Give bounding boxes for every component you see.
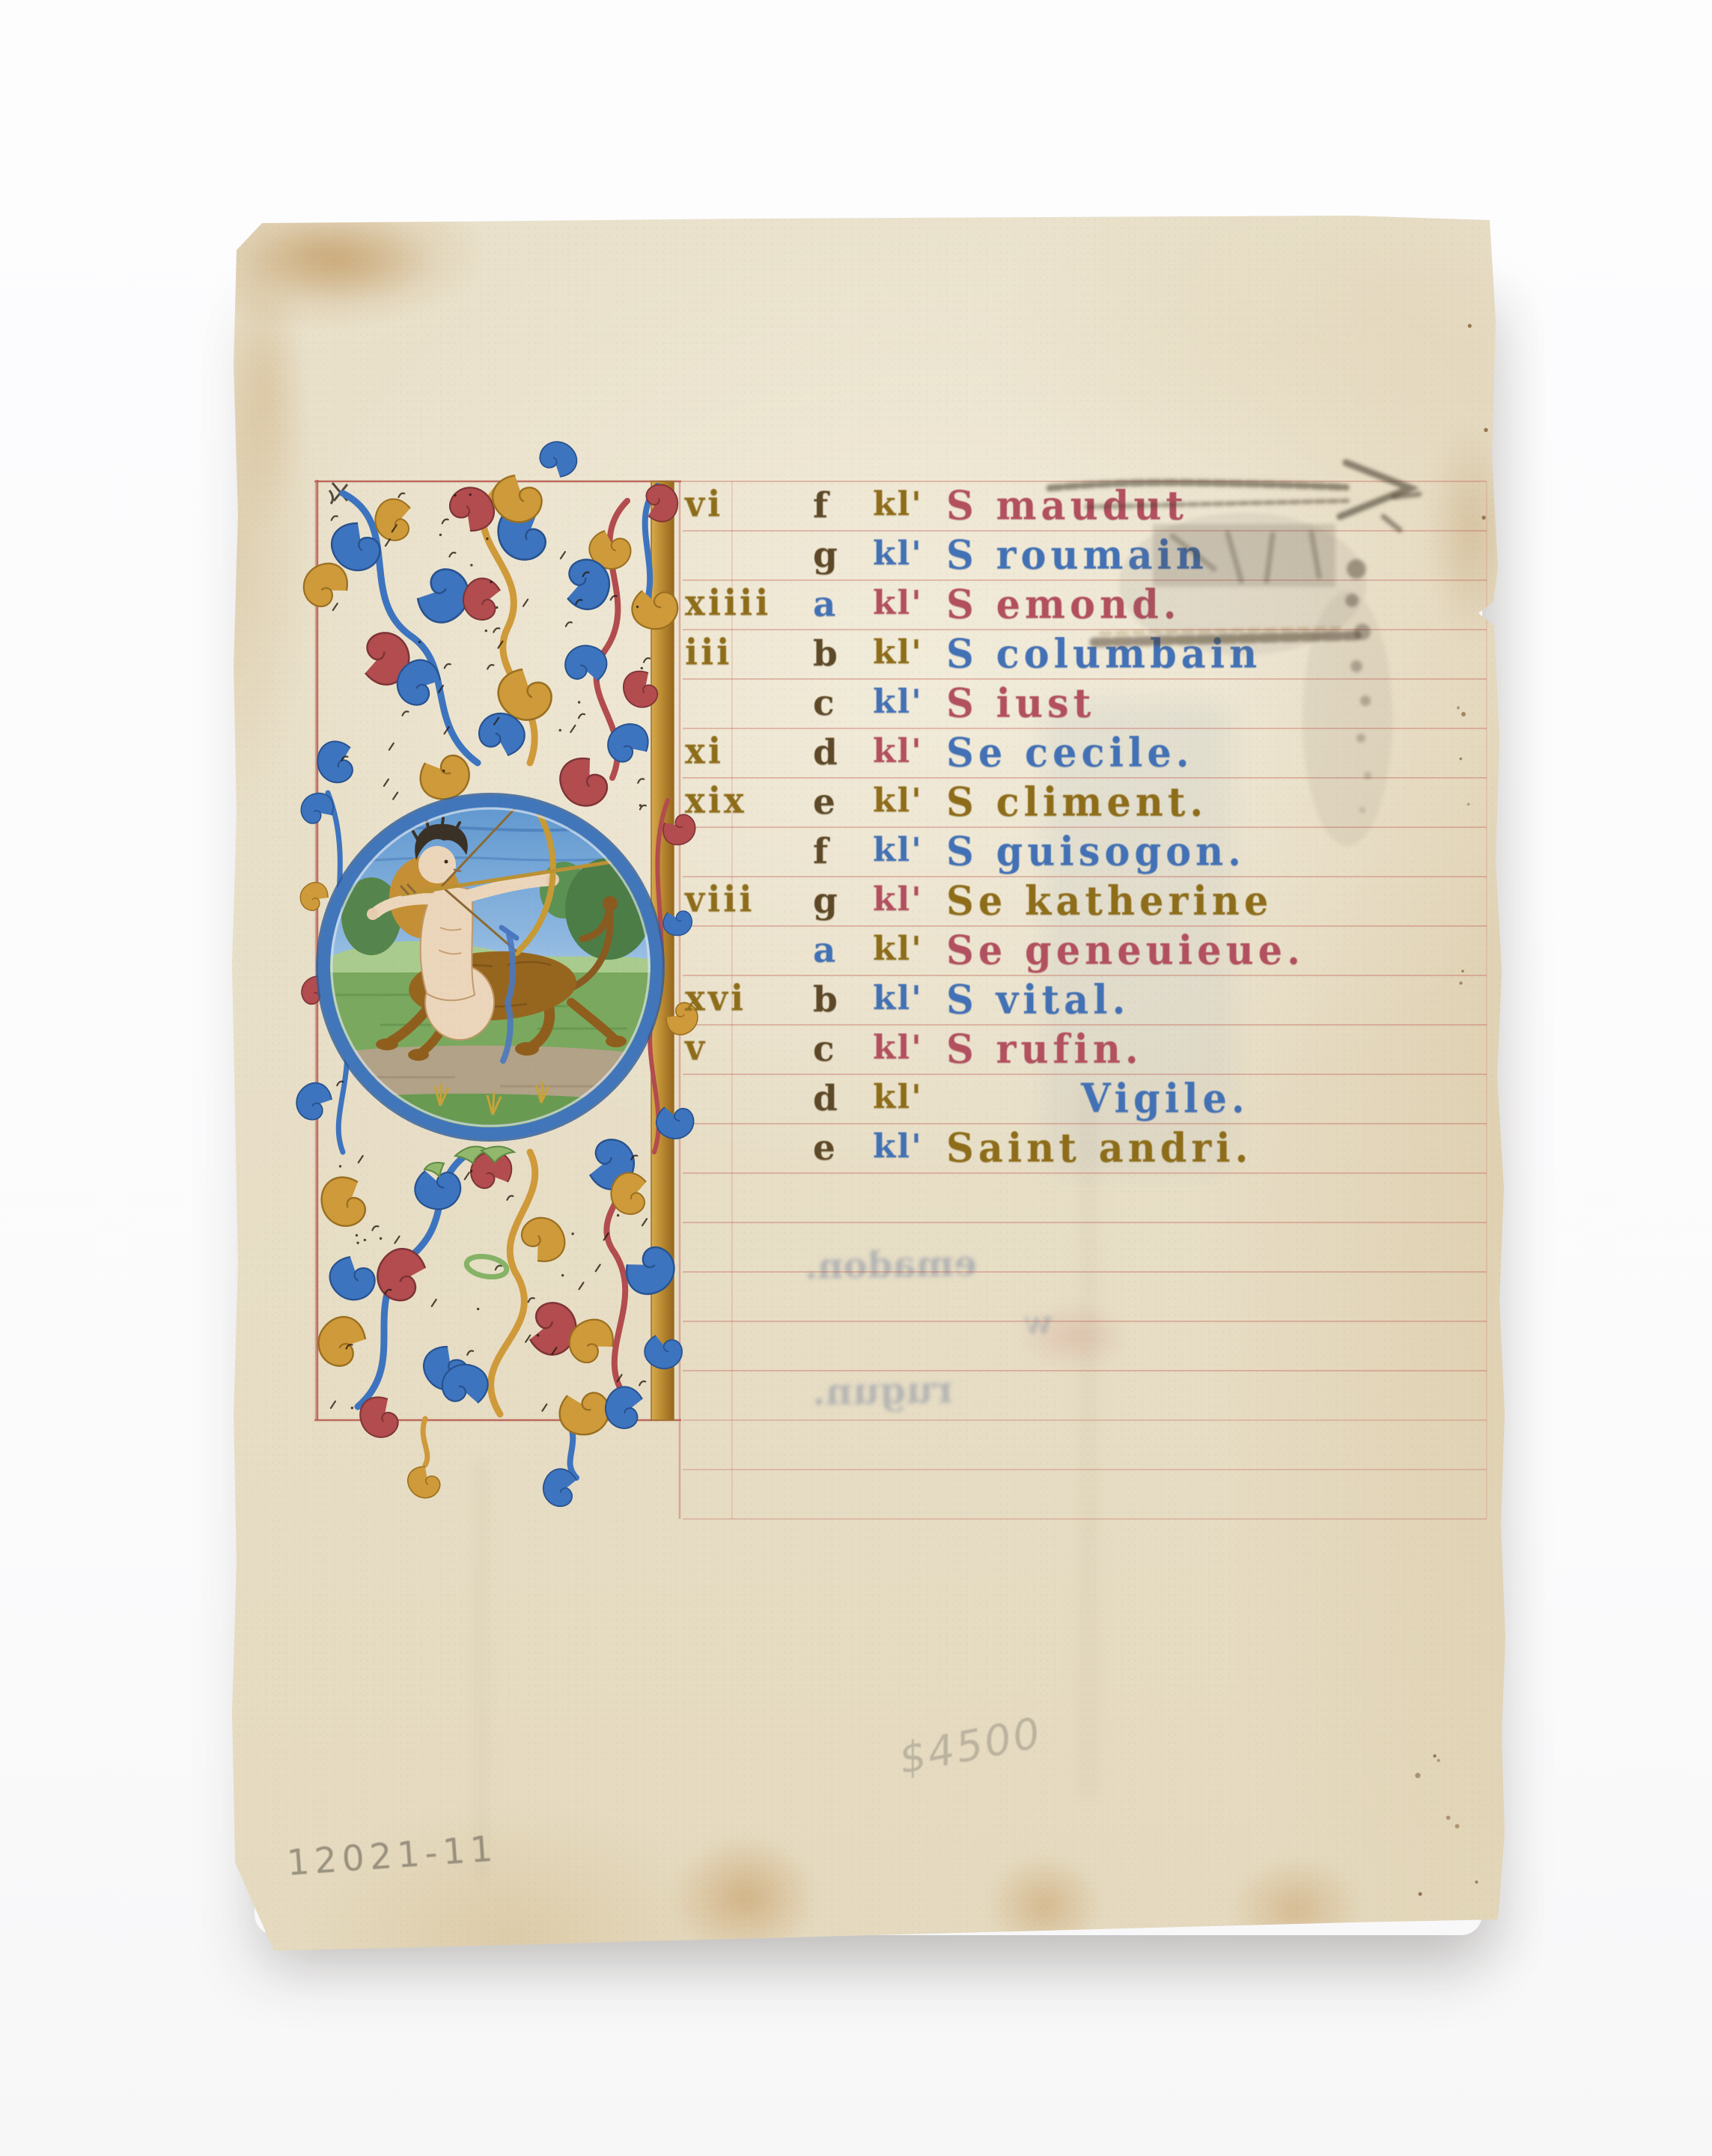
photograph-background: emadon.wrugun. [0, 0, 1712, 2156]
manuscript-leaf: emadon.wrugun. [229, 216, 1506, 1954]
parchment-texture [229, 216, 1506, 1954]
